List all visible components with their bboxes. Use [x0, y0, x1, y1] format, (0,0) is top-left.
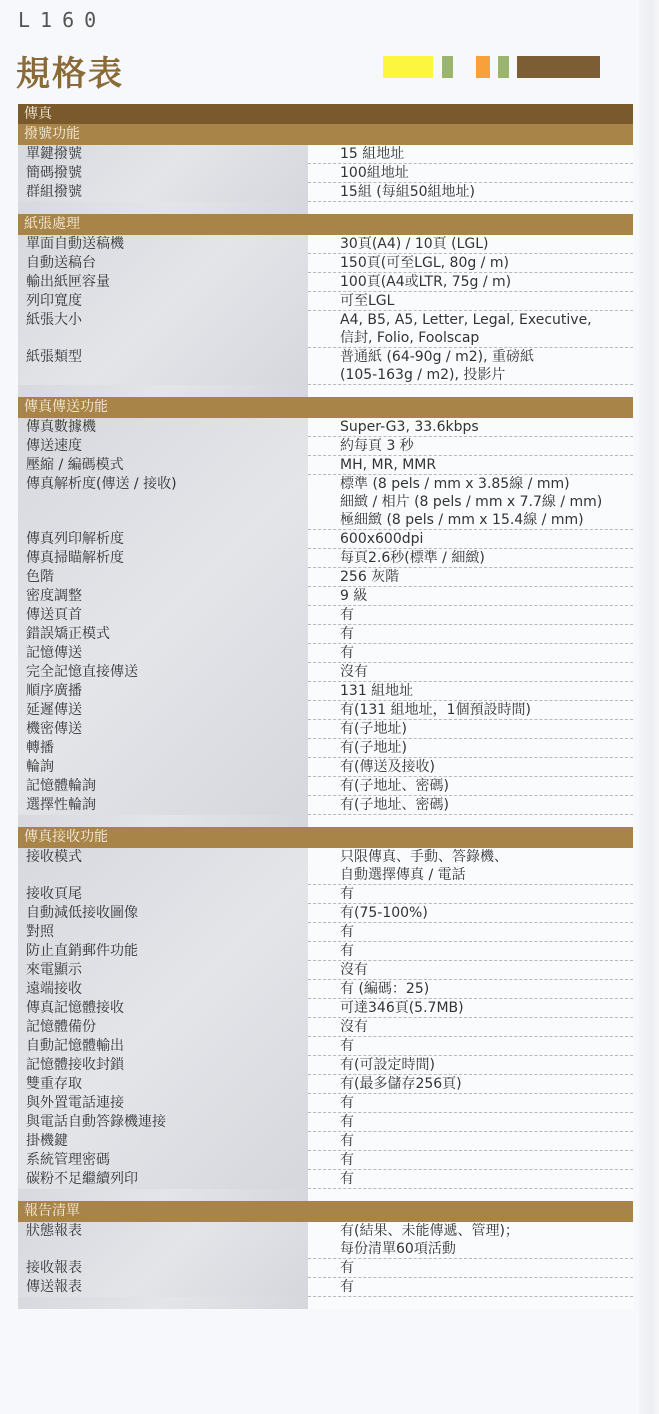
- spec-label: 色階: [18, 568, 308, 587]
- spec-row: 輪詢有(傳送及接收): [18, 758, 633, 777]
- spec-value-line: 30頁(A4) / 10頁 (LGL): [340, 235, 633, 253]
- spec-value-line: 約每頁 3 秒: [340, 437, 633, 455]
- spec-label: 輸出紙匣容量: [18, 273, 308, 292]
- spec-value: 有: [308, 1113, 633, 1132]
- spec-row: 傳真數據機Super-G3, 33.6kbps: [18, 418, 633, 437]
- spec-value-line: 有: [340, 1170, 633, 1188]
- section-spacer: [18, 815, 633, 827]
- spec-value-line: 有(子地址): [340, 739, 633, 757]
- section-spacer: [18, 202, 633, 214]
- spec-value-line: 9 級: [340, 587, 633, 605]
- spec-value: 有(子地址、密碼): [308, 796, 633, 815]
- spec-label: 壓縮 / 編碼模式: [18, 456, 308, 475]
- spec-row: 色階256 灰階: [18, 568, 633, 587]
- spacer-left: [18, 815, 308, 827]
- spacer-left: [18, 1189, 308, 1201]
- spacer-left: [18, 202, 308, 214]
- spec-label: 自動記憶體輸出: [18, 1037, 308, 1056]
- spec-row: 壓縮 / 編碼模式MH, MR, MMR: [18, 456, 633, 475]
- spec-value-line: 只限傳真、手動、答錄機、: [340, 848, 633, 866]
- color-swatch: [498, 56, 509, 78]
- spec-label: 簡碼撥號: [18, 164, 308, 183]
- spec-value-line: 有: [340, 942, 633, 960]
- spec-label: 密度調整: [18, 587, 308, 606]
- color-swatch: [383, 56, 433, 78]
- spec-value-line: 15 組地址: [340, 145, 633, 163]
- spec-value: 100組地址: [308, 164, 633, 183]
- spec-label: 記憶體接收封鎖: [18, 1056, 308, 1075]
- spec-row: 紙張類型普通紙 (64-90g / m2), 重磅紙(105-163g / m2…: [18, 348, 633, 385]
- spec-value: 有: [308, 625, 633, 644]
- spec-value: 有(131 組地址，1個預設時間): [308, 701, 633, 720]
- spec-value: 15 組地址: [308, 145, 633, 164]
- section-header: 報告清單: [18, 1201, 633, 1222]
- spec-label: 接收模式: [18, 848, 308, 885]
- color-swatch: [476, 56, 490, 78]
- spec-value-line: 可達346頁(5.7MB): [340, 999, 633, 1017]
- spec-value: 有: [308, 942, 633, 961]
- spec-value-line: 有(子地址、密碼): [340, 777, 633, 795]
- spec-label: 記憶傳送: [18, 644, 308, 663]
- spec-value-line: MH, MR, MMR: [340, 456, 633, 474]
- spec-value: 有 (編碼：25): [308, 980, 633, 999]
- spec-label: 傳送速度: [18, 437, 308, 456]
- spec-row: 雙重存取有(最多儲存256頁): [18, 1075, 633, 1094]
- spec-label: 接收頁尾: [18, 885, 308, 904]
- section-header: 傳真傳送功能: [18, 397, 633, 418]
- spec-label: 雙重存取: [18, 1075, 308, 1094]
- spec-row: 單面自動送稿機30頁(A4) / 10頁 (LGL): [18, 235, 633, 254]
- spec-row: 傳送報表有: [18, 1278, 633, 1297]
- spec-value-line: 自動選擇傳真 / 電話: [340, 866, 633, 884]
- spec-value: 有: [308, 1132, 633, 1151]
- spacer-right: [308, 815, 633, 827]
- spec-value-line: 有: [340, 885, 633, 903]
- spec-value-line: 標準 (8 pels / mm x 3.85線 / mm): [340, 475, 633, 493]
- spec-value: MH, MR, MMR: [308, 456, 633, 475]
- spec-label: 自動送稿台: [18, 254, 308, 273]
- spec-value: 有(結果、未能傳遞、管理)；每份清單60項活動: [308, 1222, 633, 1259]
- spec-row: 順序廣播131 組地址: [18, 682, 633, 701]
- spec-row: 遠端接收有 (編碼：25): [18, 980, 633, 999]
- spec-value-line: 有: [340, 1259, 633, 1277]
- spec-value: 有(子地址): [308, 720, 633, 739]
- spec-value-line: 有: [340, 923, 633, 941]
- spec-value-line: 有 (編碼：25): [340, 980, 633, 998]
- spec-value-line: 有(結果、未能傳遞、管理)；: [340, 1222, 633, 1240]
- spec-value: 有: [308, 1170, 633, 1189]
- spec-row: 紙張大小A4, B5, A5, Letter, Legal, Executive…: [18, 311, 633, 348]
- model-number: L160: [18, 8, 106, 32]
- spec-row: 與電話自動答錄機連接有: [18, 1113, 633, 1132]
- color-swatch-bar: [0, 56, 659, 78]
- spec-row: 來電顯示沒有: [18, 961, 633, 980]
- spec-row: 群組撥號15組 (每組50組地址): [18, 183, 633, 202]
- section-rows: 單面自動送稿機30頁(A4) / 10頁 (LGL)自動送稿台150頁(可至LG…: [18, 235, 633, 385]
- spec-row: 接收報表有: [18, 1259, 633, 1278]
- spec-value-line: 15組 (每組50組地址): [340, 183, 633, 201]
- spec-value: 600x600dpi: [308, 530, 633, 549]
- spec-value-line: 細緻 / 相片 (8 pels / mm x 7.7線 / mm): [340, 493, 633, 511]
- spec-value: 有(75-100%): [308, 904, 633, 923]
- spec-value: 有: [308, 1151, 633, 1170]
- spec-label: 傳真記憶體接收: [18, 999, 308, 1018]
- spec-row: 傳真解析度(傳送 / 接收)標準 (8 pels / mm x 3.85線 / …: [18, 475, 633, 530]
- spec-row: 記憶體輪詢有(子地址、密碼): [18, 777, 633, 796]
- spec-label: 輪詢: [18, 758, 308, 777]
- section-rows: 接收模式只限傳真、手動、答錄機、自動選擇傳真 / 電話接收頁尾有自動減低接收圖像…: [18, 848, 633, 1189]
- spec-value-line: 600x600dpi: [340, 530, 633, 548]
- spec-value: 約每頁 3 秒: [308, 437, 633, 456]
- spec-row: 掛機鍵有: [18, 1132, 633, 1151]
- spec-value-line: 有(子地址、密碼): [340, 796, 633, 814]
- spec-row: 防止直銷郵件功能有: [18, 942, 633, 961]
- spec-label: 與電話自動答錄機連接: [18, 1113, 308, 1132]
- spec-value-line: 有: [340, 625, 633, 643]
- spec-value-line: 有: [340, 1278, 633, 1296]
- spec-value: Super-G3, 33.6kbps: [308, 418, 633, 437]
- spec-row: 記憶體接收封鎖有(可設定時間): [18, 1056, 633, 1075]
- spec-label: 來電顯示: [18, 961, 308, 980]
- spec-label: 順序廣播: [18, 682, 308, 701]
- spec-label: 傳真數據機: [18, 418, 308, 437]
- section-spacer: [18, 1189, 633, 1201]
- spec-value: 有(最多儲存256頁): [308, 1075, 633, 1094]
- spec-row: 完全記憶直接傳送沒有: [18, 663, 633, 682]
- spec-row: 簡碼撥號100組地址: [18, 164, 633, 183]
- spec-value: 沒有: [308, 961, 633, 980]
- spec-row: 列印寬度可至LGL: [18, 292, 633, 311]
- spec-label: 狀態報表: [18, 1222, 308, 1259]
- color-swatch: [517, 56, 600, 78]
- spec-value: 有: [308, 1278, 633, 1297]
- spec-row: 碳粉不足繼續列印有: [18, 1170, 633, 1189]
- section-rows: 單鍵撥號15 組地址簡碼撥號100組地址群組撥號15組 (每組50組地址): [18, 145, 633, 202]
- spec-row: 自動記憶體輸出有: [18, 1037, 633, 1056]
- spec-row: 錯誤矯正模式有: [18, 625, 633, 644]
- spec-value: 沒有: [308, 663, 633, 682]
- spec-label: 轉播: [18, 739, 308, 758]
- spec-value-line: 有: [340, 1151, 633, 1169]
- spec-label: 記憶體輪詢: [18, 777, 308, 796]
- spec-label: 記憶體備份: [18, 1018, 308, 1037]
- spec-value: 30頁(A4) / 10頁 (LGL): [308, 235, 633, 254]
- section-header: 撥號功能: [18, 124, 633, 145]
- spec-value-line: 有: [340, 606, 633, 624]
- spec-table: 傳真 撥號功能單鍵撥號15 組地址簡碼撥號100組地址群組撥號15組 (每組50…: [18, 104, 633, 1309]
- spacer-right: [308, 1297, 633, 1309]
- spec-value-line: 有: [340, 644, 633, 662]
- spacer-right: [308, 202, 633, 214]
- spec-value: 有: [308, 644, 633, 663]
- spacer-left: [18, 385, 308, 397]
- spec-row: 對照有: [18, 923, 633, 942]
- spec-value-line: 有(可設定時間): [340, 1056, 633, 1074]
- spacer-right: [308, 385, 633, 397]
- spec-row: 接收頁尾有: [18, 885, 633, 904]
- spec-value-line: 256 灰階: [340, 568, 633, 586]
- spec-label: 傳送頁首: [18, 606, 308, 625]
- spec-value-line: 有(傳送及接收): [340, 758, 633, 776]
- spec-value-line: 沒有: [340, 961, 633, 979]
- spec-value: 可至LGL: [308, 292, 633, 311]
- spec-label: 單鍵撥號: [18, 145, 308, 164]
- spec-value-line: 信封, Folio, Foolscap: [340, 329, 633, 347]
- spec-value: 有: [308, 606, 633, 625]
- spec-label: 系統管理密碼: [18, 1151, 308, 1170]
- color-swatch: [442, 56, 453, 78]
- spec-value-line: 100頁(A4或LTR, 75g / m): [340, 273, 633, 291]
- spec-row: 延遲傳送有(131 組地址，1個預設時間): [18, 701, 633, 720]
- spec-label: 對照: [18, 923, 308, 942]
- spec-value: 有(傳送及接收): [308, 758, 633, 777]
- spec-row: 單鍵撥號15 組地址: [18, 145, 633, 164]
- spec-value: A4, B5, A5, Letter, Legal, Executive,信封,…: [308, 311, 633, 348]
- spec-value-line: 有(75-100%): [340, 904, 633, 922]
- spec-value: 131 組地址: [308, 682, 633, 701]
- spec-row: 記憶體備份沒有: [18, 1018, 633, 1037]
- section-rows: 傳真數據機Super-G3, 33.6kbps傳送速度約每頁 3 秒壓縮 / 編…: [18, 418, 633, 815]
- spec-value: 只限傳真、手動、答錄機、自動選擇傳真 / 電話: [308, 848, 633, 885]
- spec-row: 傳真掃瞄解析度每頁2.6秒(標準 / 細緻): [18, 549, 633, 568]
- spec-value-line: 100組地址: [340, 164, 633, 182]
- spec-label: 接收報表: [18, 1259, 308, 1278]
- spec-label: 傳真掃瞄解析度: [18, 549, 308, 568]
- spec-row: 選擇性輪詢有(子地址、密碼): [18, 796, 633, 815]
- spec-value: 150頁(可至LGL, 80g / m): [308, 254, 633, 273]
- spec-label: 掛機鍵: [18, 1132, 308, 1151]
- spec-row: 密度調整9 級: [18, 587, 633, 606]
- spec-row: 輸出紙匣容量100頁(A4或LTR, 75g / m): [18, 273, 633, 292]
- spec-value: 有: [308, 1259, 633, 1278]
- spec-label: 碳粉不足繼續列印: [18, 1170, 308, 1189]
- spec-label: 紙張大小: [18, 311, 308, 348]
- spec-label: 錯誤矯正模式: [18, 625, 308, 644]
- spec-row: 狀態報表有(結果、未能傳遞、管理)；每份清單60項活動: [18, 1222, 633, 1259]
- spec-row: 記憶傳送有: [18, 644, 633, 663]
- spec-label: 遠端接收: [18, 980, 308, 999]
- spec-value: 有: [308, 885, 633, 904]
- section-rows: 狀態報表有(結果、未能傳遞、管理)；每份清單60項活動接收報表有傳送報表有: [18, 1222, 633, 1297]
- spec-value: 有(可設定時間): [308, 1056, 633, 1075]
- spec-value-line: 每份清單60項活動: [340, 1240, 633, 1258]
- spec-label: 完全記憶直接傳送: [18, 663, 308, 682]
- spec-value-line: 150頁(可至LGL, 80g / m): [340, 254, 633, 272]
- spec-value: 15組 (每組50組地址): [308, 183, 633, 202]
- spec-value-line: (105-163g / m2), 投影片: [340, 366, 633, 384]
- spacer-left: [18, 1297, 308, 1309]
- spec-row: 傳送速度約每頁 3 秒: [18, 437, 633, 456]
- spec-label: 延遲傳送: [18, 701, 308, 720]
- spec-label: 傳真列印解析度: [18, 530, 308, 549]
- spec-label: 列印寬度: [18, 292, 308, 311]
- spec-value: 有: [308, 1037, 633, 1056]
- spec-value: 9 級: [308, 587, 633, 606]
- page-edge-shadow: [639, 0, 659, 1414]
- spec-value-line: Super-G3, 33.6kbps: [340, 418, 633, 436]
- spec-value-line: 有(子地址): [340, 720, 633, 738]
- spec-value: 100頁(A4或LTR, 75g / m): [308, 273, 633, 292]
- spec-value-line: 有: [340, 1037, 633, 1055]
- spec-label: 防止直銷郵件功能: [18, 942, 308, 961]
- spec-value: 有(子地址、密碼): [308, 777, 633, 796]
- spec-label: 紙張類型: [18, 348, 308, 385]
- spec-value: 256 灰階: [308, 568, 633, 587]
- spec-label: 傳送報表: [18, 1278, 308, 1297]
- spec-row: 自動送稿台150頁(可至LGL, 80g / m): [18, 254, 633, 273]
- spec-label: 單面自動送稿機: [18, 235, 308, 254]
- spec-row: 接收模式只限傳真、手動、答錄機、自動選擇傳真 / 電話: [18, 848, 633, 885]
- spec-value-line: 每頁2.6秒(標準 / 細緻): [340, 549, 633, 567]
- spec-label: 自動減低接收圖像: [18, 904, 308, 923]
- spec-label: 傳真解析度(傳送 / 接收): [18, 475, 308, 530]
- spec-value-line: 有: [340, 1113, 633, 1131]
- spec-value: 有(子地址): [308, 739, 633, 758]
- spec-value: 每頁2.6秒(標準 / 細緻): [308, 549, 633, 568]
- spec-row: 與外置電話連接有: [18, 1094, 633, 1113]
- spec-row: 傳真列印解析度600x600dpi: [18, 530, 633, 549]
- spec-value-line: 有: [340, 1132, 633, 1150]
- spec-value-line: 沒有: [340, 1018, 633, 1036]
- spec-row: 轉播有(子地址): [18, 739, 633, 758]
- spec-label: 選擇性輪詢: [18, 796, 308, 815]
- spec-row: 傳送頁首有: [18, 606, 633, 625]
- spec-row: 系統管理密碼有: [18, 1151, 633, 1170]
- spec-label: 與外置電話連接: [18, 1094, 308, 1113]
- spec-row: 傳真記憶體接收可達346頁(5.7MB): [18, 999, 633, 1018]
- spec-value-line: 沒有: [340, 663, 633, 681]
- spec-value-line: 可至LGL: [340, 292, 633, 310]
- section-spacer: [18, 1297, 633, 1309]
- spec-value: 沒有: [308, 1018, 633, 1037]
- spec-row: 機密傳送有(子地址): [18, 720, 633, 739]
- spec-row: 自動減低接收圖像有(75-100%): [18, 904, 633, 923]
- section-header: 傳真接收功能: [18, 827, 633, 848]
- spec-value-line: 有(131 組地址，1個預設時間): [340, 701, 633, 719]
- section-spacer: [18, 385, 633, 397]
- section-header: 紙張處理: [18, 214, 633, 235]
- spec-value: 有: [308, 923, 633, 942]
- spec-value: 普通紙 (64-90g / m2), 重磅紙(105-163g / m2), 投…: [308, 348, 633, 385]
- spec-value-line: A4, B5, A5, Letter, Legal, Executive,: [340, 311, 633, 329]
- section-main-title: 傳真: [18, 104, 633, 124]
- spec-value-line: 131 組地址: [340, 682, 633, 700]
- spec-value-line: 有: [340, 1094, 633, 1112]
- spec-label: 群組撥號: [18, 183, 308, 202]
- spec-label: 機密傳送: [18, 720, 308, 739]
- spec-value-line: 有(最多儲存256頁): [340, 1075, 633, 1093]
- spec-value: 標準 (8 pels / mm x 3.85線 / mm)細緻 / 相片 (8 …: [308, 475, 633, 530]
- spec-value-line: 極細緻 (8 pels / mm x 15.4線 / mm): [340, 511, 633, 529]
- spec-value: 有: [308, 1094, 633, 1113]
- spec-value: 可達346頁(5.7MB): [308, 999, 633, 1018]
- spec-value-line: 普通紙 (64-90g / m2), 重磅紙: [340, 348, 633, 366]
- spacer-right: [308, 1189, 633, 1201]
